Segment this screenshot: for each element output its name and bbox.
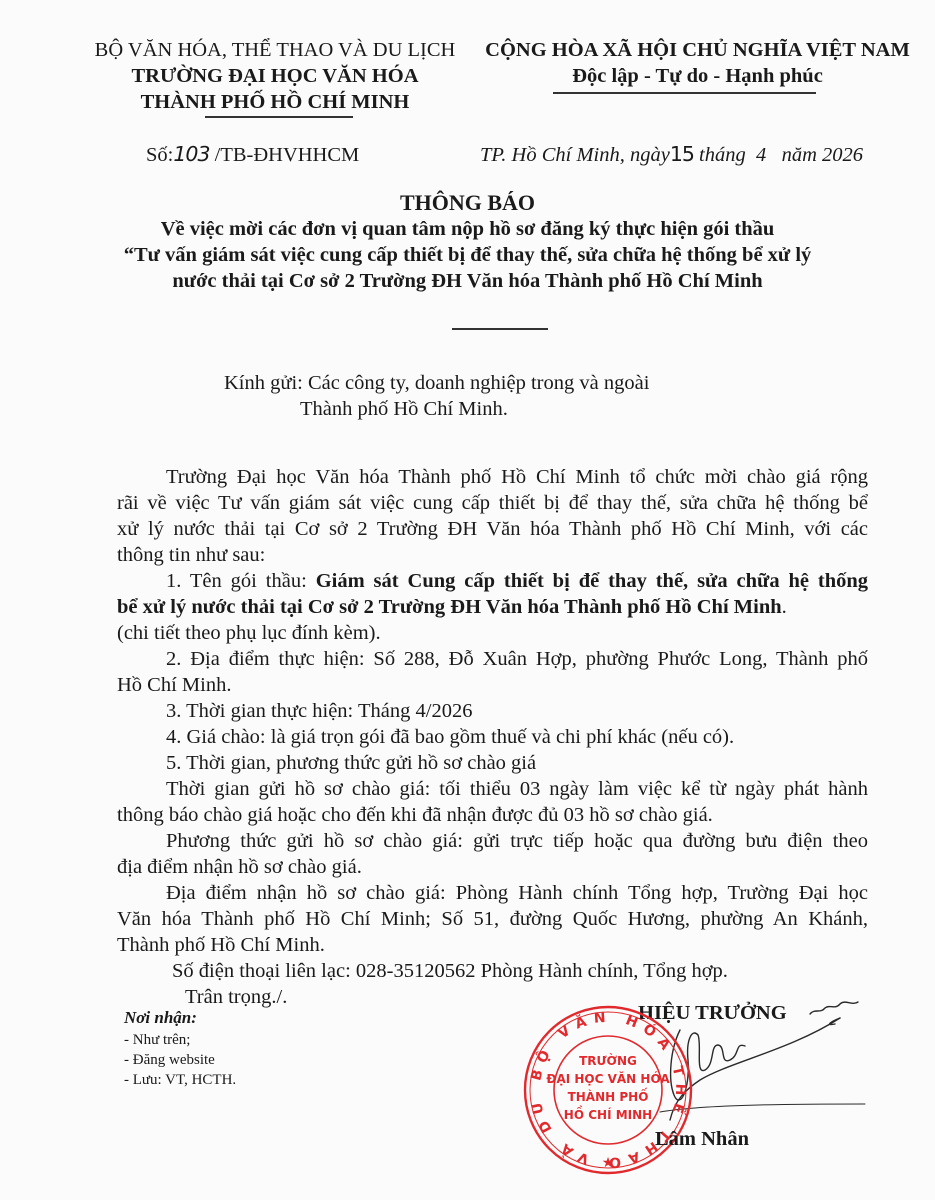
date-prefix: TP. Hồ Chí Minh, ngày [480, 144, 670, 166]
svg-text:ĐẠI HỌC VĂN HÓA: ĐẠI HỌC VĂN HÓA [546, 1071, 670, 1086]
title-subject-line1: Về việc mời các đơn vị quan tâm nộp hồ s… [0, 216, 935, 242]
title-subject-line3: nước thải tại Cơ sở 2 Trường ĐH Văn hóa … [0, 268, 935, 294]
recipients-item: - Như trên; [124, 1031, 190, 1049]
item1-period: . [782, 596, 787, 618]
doc-number-prefix: Số: [146, 144, 173, 166]
submission-time-line2: thông báo chào giá hoặc cho đến khi đã n… [117, 802, 713, 828]
doc-number-handwritten: 103 [173, 142, 209, 166]
school-name-line2: THÀNH PHỐ HỒ CHÍ MINH [80, 89, 470, 115]
item5: 5. Thời gian, phương thức gửi hồ sơ chào… [166, 750, 536, 776]
nation-name: CỘNG HÒA XÃ HỘI CHỦ NGHĨA VIỆT NAM [470, 37, 925, 63]
recipient-line2: Thành phố Hồ Chí Minh. [300, 396, 508, 422]
submission-place-line2: Văn hóa Thành phố Hồ Chí Minh; Số 51, đư… [117, 906, 868, 932]
submission-time-line1: Thời gian gửi hồ sơ chào giá: tối thiểu … [166, 776, 868, 802]
item2-line2: Hồ Chí Minh. [117, 672, 231, 698]
package-name-part2: bể xử lý nước thải tại Cơ sở 2 Trường ĐH… [117, 596, 782, 618]
svg-text:THÀNH PHỐ: THÀNH PHỐ [568, 1087, 649, 1104]
intro-line2: rãi về việc Tư vấn giám sát việc cung cấ… [117, 490, 868, 516]
date-month-year: tháng 4 năm 2026 [694, 144, 863, 166]
signatory-name: Lâm Nhân [655, 1126, 749, 1152]
document-date: TP. Hồ Chí Minh, ngày15 tháng 4 năm 2026 [480, 141, 910, 168]
item3: 3. Thời gian thực hiện: Tháng 4/2026 [166, 698, 472, 724]
submission-method-line1: Phương thức gửi hồ sơ chào giá: gửi trực… [166, 828, 868, 854]
title-subject-line2: “Tư vấn giám sát việc cung cấp thiết bị … [0, 242, 935, 268]
recipients-item: - Đăng website [124, 1051, 215, 1069]
date-day-handwritten: 15 [670, 142, 694, 166]
item2-line1: 2. Địa điểm thực hiện: Số 288, Đỗ Xuân H… [166, 646, 868, 672]
submission-method-line2: địa điểm nhận hồ sơ chào giá. [117, 854, 362, 880]
closing: Trân trọng./. [185, 984, 287, 1010]
ministry-name: BỘ VĂN HÓA, THỂ THAO VÀ DU LỊCH [80, 37, 470, 63]
doc-number-suffix: /TB-ĐHVHHCM [210, 144, 360, 166]
document-number: Số:103 /TB-ĐHVHHCM [140, 141, 406, 168]
svg-text:HỒ CHÍ MINH: HỒ CHÍ MINH [564, 1105, 652, 1122]
item4: 4. Giá chào: là giá trọn gói đã bao gồm … [166, 724, 734, 750]
recipient-line1: Kính gửi: Các công ty, doanh nghiệp tron… [224, 370, 649, 396]
package-name-part1: Giám sát Cung cấp thiết bị để thay thế, … [316, 570, 868, 592]
item1-line1: 1. Tên gói thầu: Giám sát Cung cấp thiết… [166, 568, 868, 594]
intro-line1: Trường Đại học Văn hóa Thành phố Hồ Chí … [166, 464, 868, 490]
header-right-underline [553, 92, 816, 94]
item1-line2: bể xử lý nước thải tại Cơ sở 2 Trường ĐH… [117, 594, 787, 620]
item1-label: 1. Tên gói thầu: [166, 570, 316, 592]
school-name-line1: TRƯỜNG ĐẠI HỌC VĂN HÓA [80, 63, 470, 89]
submission-place-line1: Địa điểm nhận hồ sơ chào giá: Phòng Hành… [166, 880, 868, 906]
svg-text:TRƯỜNG: TRƯỜNG [579, 1053, 637, 1068]
document-title: THÔNG BÁO [0, 190, 935, 216]
submission-place-line3: Thành phố Hồ Chí Minh. [117, 932, 325, 958]
title-separator [452, 328, 548, 330]
header-left-underline [205, 116, 353, 118]
item1-note: (chi tiết theo phụ lục đính kèm). [117, 620, 381, 646]
intro-line4: thông tin như sau: [117, 542, 265, 568]
national-motto: Độc lập - Tự do - Hạnh phúc [470, 63, 925, 89]
recipients-label: Nơi nhận: [124, 1008, 197, 1028]
svg-text:★: ★ [602, 1155, 615, 1171]
official-red-seal-icon: BỘ VĂN HÓA THỂ THAO VÀ DU LỊCH TRƯỜNG ĐẠ… [522, 995, 694, 1185]
recipients-item: - Lưu: VT, HCTH. [124, 1071, 236, 1089]
intro-line3: xử lý nước thải tại Cơ sở 2 Trường ĐH Vă… [117, 516, 868, 542]
contact-phone: Số điện thoại liên lạc: 028-35120562 Phò… [172, 958, 728, 984]
